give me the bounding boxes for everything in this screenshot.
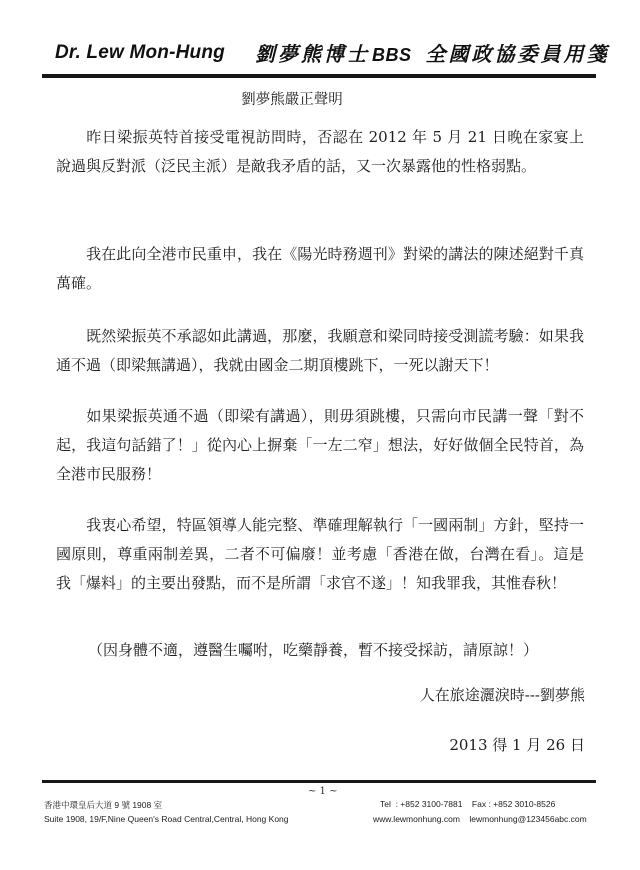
footer-address-cn: 香港中環皇后大道 9 號 1908 室	[44, 799, 162, 811]
footer-rule	[42, 780, 596, 783]
letterhead-name-cn: 劉夢熊博士BBS全國政協委員用箋	[255, 38, 610, 67]
document-title: 劉夢熊嚴正聲明	[0, 88, 584, 109]
paragraph-5: 我衷心希望，特區領導人能完整、準確理解執行「一國兩制」方針，堅持一國原則，尊重兩…	[56, 511, 584, 598]
letterhead-name-en: Dr. Lew Mon-Hung	[55, 42, 225, 64]
letterhead-chinese-name: 劉夢熊博士	[255, 42, 370, 66]
header-rule	[42, 74, 596, 78]
letterhead-stationery-label: 全國政協委員用箋	[426, 42, 610, 66]
footer-web-email: www.lewmonhung.com lewmonhung@123456abc.…	[373, 814, 587, 824]
paragraph-1: 昨日梁振英特首接受電視訪問時，否認在 2012 年 5 月 21 日晚在家宴上說…	[56, 123, 584, 181]
footer-tel-fax: Tel : +852 3100-7881 Fax : +852 3010-852…	[380, 799, 555, 809]
health-note: （因身體不適，遵醫生囑咐，吃藥靜養，暫不接受採訪，請原諒！）	[88, 639, 538, 660]
page-number: ~ 1 ~	[308, 786, 337, 797]
paragraph-2: 我在此向全港市民重申，我在《陽光時務週刊》對梁的講法的陳述絕對千真萬確。	[56, 240, 584, 298]
footer-address-en: Suite 1908, 19/F,Nine Queen's Road Centr…	[44, 814, 289, 824]
paragraph-3: 既然梁振英不承認如此講過，那麼，我願意和梁同時接受測謊考驗：如果我通不過（即梁無…	[56, 322, 584, 380]
document-date: 2013 得 1 月 26 日	[449, 734, 585, 755]
signature: 人在旅途灑淚時---劉夢熊	[420, 684, 585, 705]
letterhead-honour: BBS	[372, 45, 412, 65]
paragraph-4: 如果梁振英通不過（即梁有講過），則毋須跳樓，只需向市民講一聲「對不起，我這句話錯…	[56, 402, 584, 489]
